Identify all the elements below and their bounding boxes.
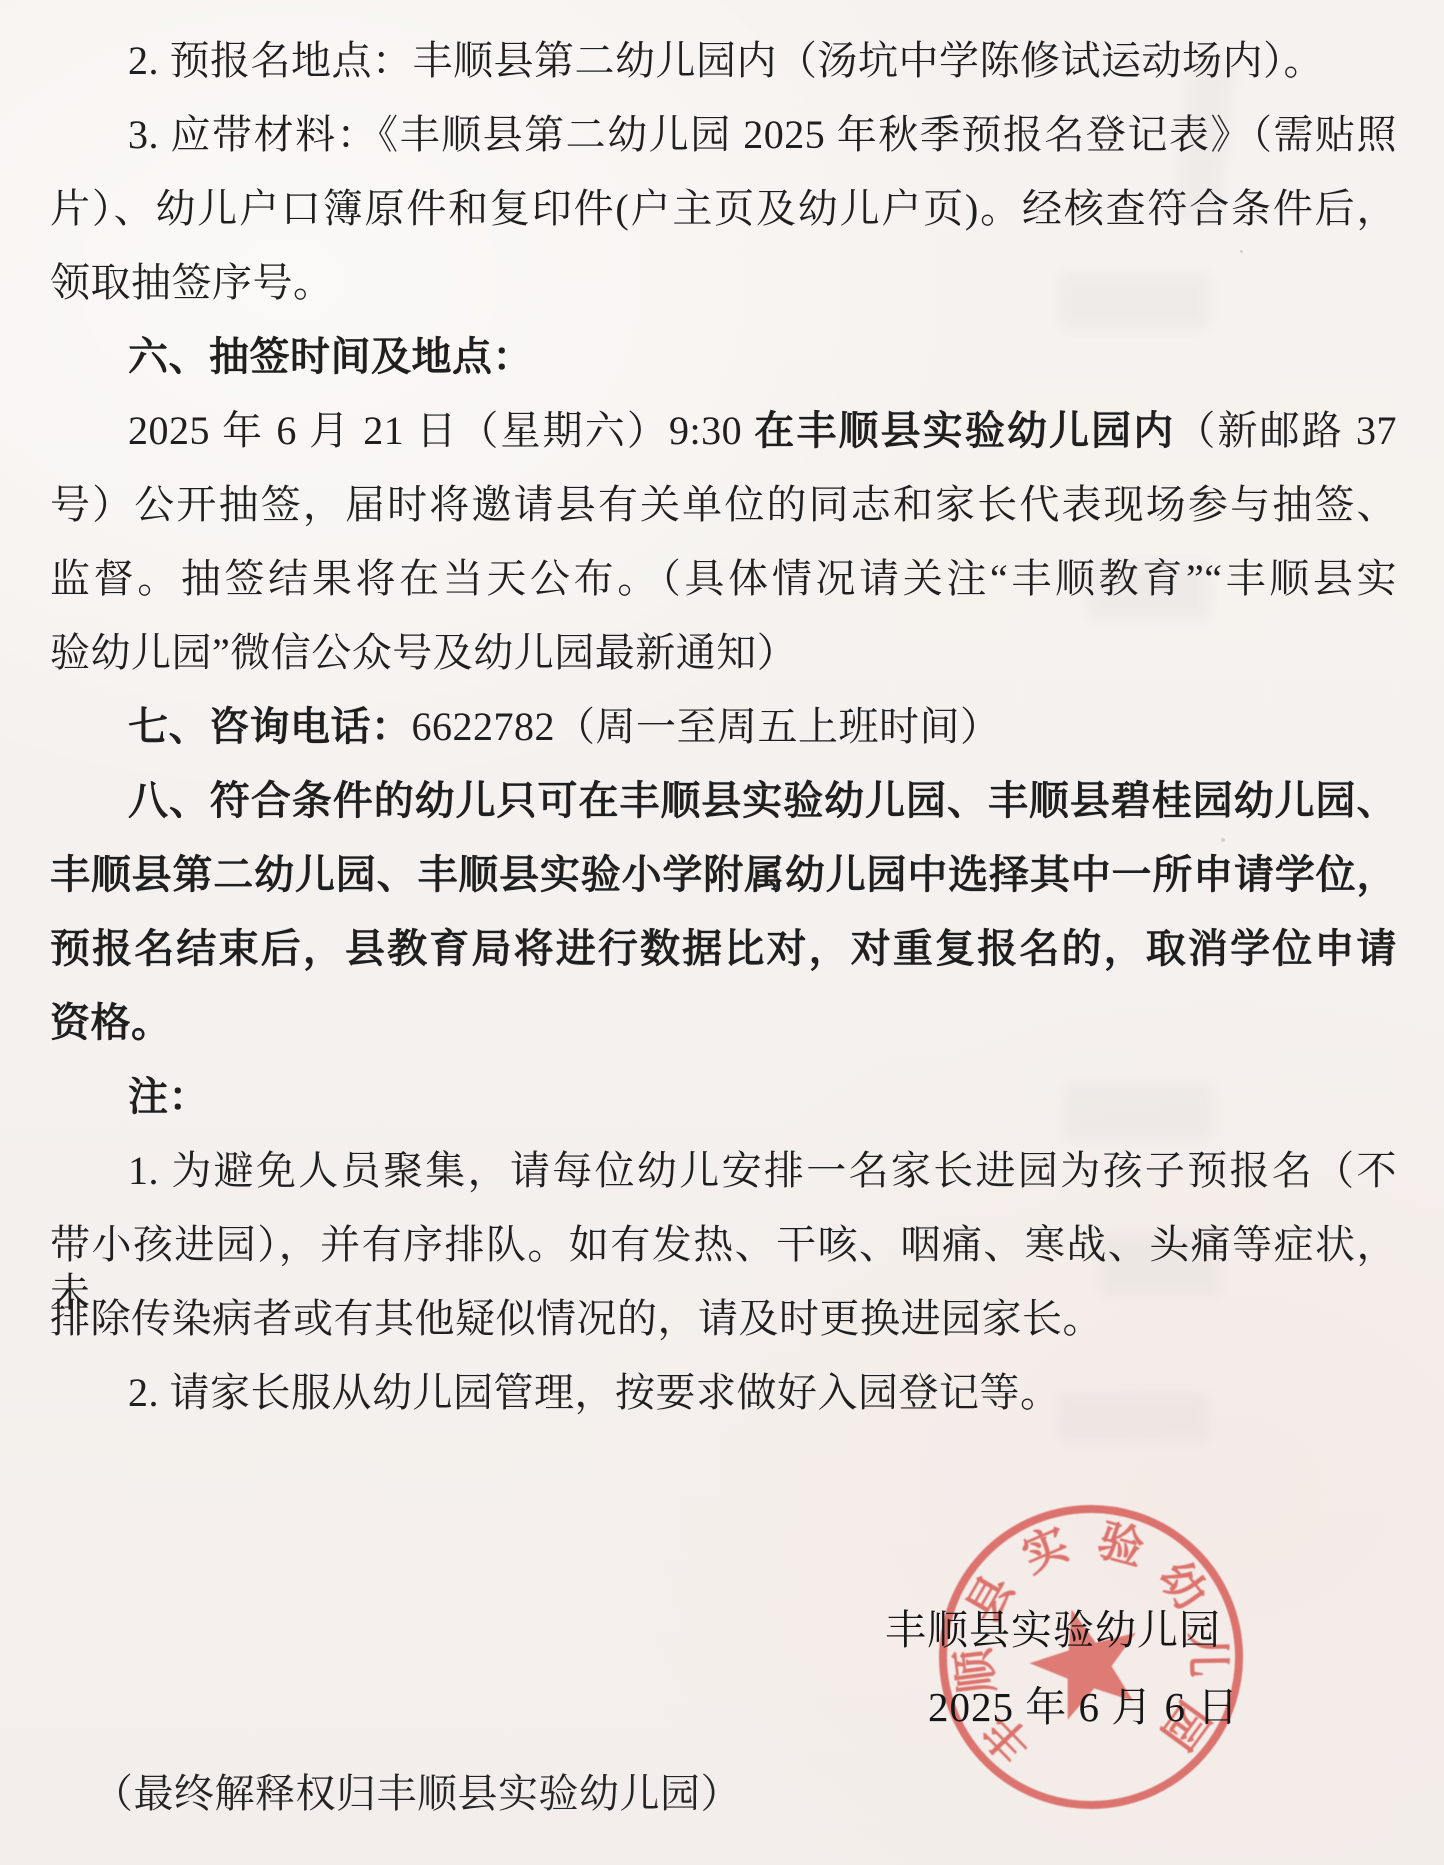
lottery-datetime-text: 2025 年 6 月 21 日（星期六）9:30 bbox=[128, 408, 754, 453]
doc-line-materials-1: 3. 应带材料：《丰顺县第二幼儿园 2025 年秋季预报名登记表》（需贴照 bbox=[128, 111, 1397, 159]
bleedthrough-mark bbox=[1064, 1082, 1212, 1140]
doc-line-single-choice-3: 预报名结束后，县教育局将进行数据比对，对重复报名的，取消学位申请 bbox=[50, 925, 1397, 973]
bleedthrough-mark bbox=[1060, 272, 1210, 330]
signature-org: 丰顺县实验幼儿园 bbox=[885, 1607, 1221, 1653]
doc-line-note2: 2. 请家长服从幼儿园管理，按要求做好入园登记等。 bbox=[128, 1369, 1061, 1417]
doc-line-single-choice-2: 丰顺县第二幼儿园、丰顺县实验小学附属幼儿园中选择其中一所申请学位， bbox=[50, 851, 1397, 899]
official-seal-stamp: 丰 顺 县 实 验 幼 儿 园 bbox=[931, 1497, 1253, 1819]
signature-date: 2025 年 6 月 6 日 bbox=[928, 1684, 1239, 1730]
lottery-address-text: （新邮路 37 bbox=[1175, 408, 1397, 453]
doc-line-note1-3: 排除传染病者或有其他疑似情况的，请及时更换进园家长。 bbox=[50, 1295, 1103, 1343]
hotline-number-text: 6622782（周一至周五上班时间） bbox=[412, 704, 1001, 749]
scan-speck bbox=[1240, 250, 1243, 253]
scan-speck bbox=[1221, 838, 1225, 842]
bleedthrough-mark bbox=[1058, 1392, 1208, 1442]
doc-line-materials-2: 片）、幼儿户口簿原件和复印件(户主页及幼儿户页)。经核查符合条件后， bbox=[50, 185, 1397, 233]
doc-line-single-choice-4: 资格。 bbox=[50, 999, 172, 1047]
doc-line-lottery-2: 号）公开抽签，届时将邀请县有关单位的同志和家长代表现场参与抽签、 bbox=[50, 481, 1397, 529]
doc-line-lottery-3: 监督。抽签结果将在当天公布。（具体情况请关注“丰顺教育”“丰顺县实 bbox=[50, 555, 1397, 603]
seal-graphic: 丰 顺 县 实 验 幼 儿 园 bbox=[931, 1497, 1253, 1819]
doc-line-prereg-location: 2. 预报名地点：丰顺县第二幼儿园内（汤坑中学陈修试运动场内）。 bbox=[128, 37, 1324, 85]
doc-line-lottery-1: 2025 年 6 月 21 日（星期六）9:30 在丰顺县实验幼儿园内（新邮路 … bbox=[128, 407, 1397, 455]
doc-line-single-choice-1: 八、符合条件的幼儿只可在丰顺县实验幼儿园、丰顺县碧桂园幼儿园、 bbox=[128, 777, 1397, 825]
lottery-venue-bold: 在丰顺县实验幼儿园内 bbox=[754, 408, 1175, 453]
doc-line-materials-3: 领取抽签序号。 bbox=[50, 259, 334, 307]
doc-line-hotline: 七、咨询电话：6622782（周一至周五上班时间） bbox=[128, 703, 1001, 751]
hotline-heading-bold: 七、咨询电话： bbox=[128, 704, 412, 749]
doc-line-note1-1: 1. 为避免人员聚集，请每位幼儿安排一名家长进园为孩子预报名（不 bbox=[128, 1147, 1397, 1195]
footnote-disclaimer: （最终解释权归丰顺县实验幼儿园） bbox=[93, 1762, 741, 1819]
heading-notes: 注： bbox=[128, 1073, 209, 1121]
seal-char: 验 bbox=[1093, 1515, 1149, 1575]
doc-line-lottery-4: 验幼儿园”微信公众号及幼儿园最新通知） bbox=[50, 629, 797, 677]
heading-lottery-time-place: 六、抽签时间及地点： bbox=[128, 333, 533, 381]
